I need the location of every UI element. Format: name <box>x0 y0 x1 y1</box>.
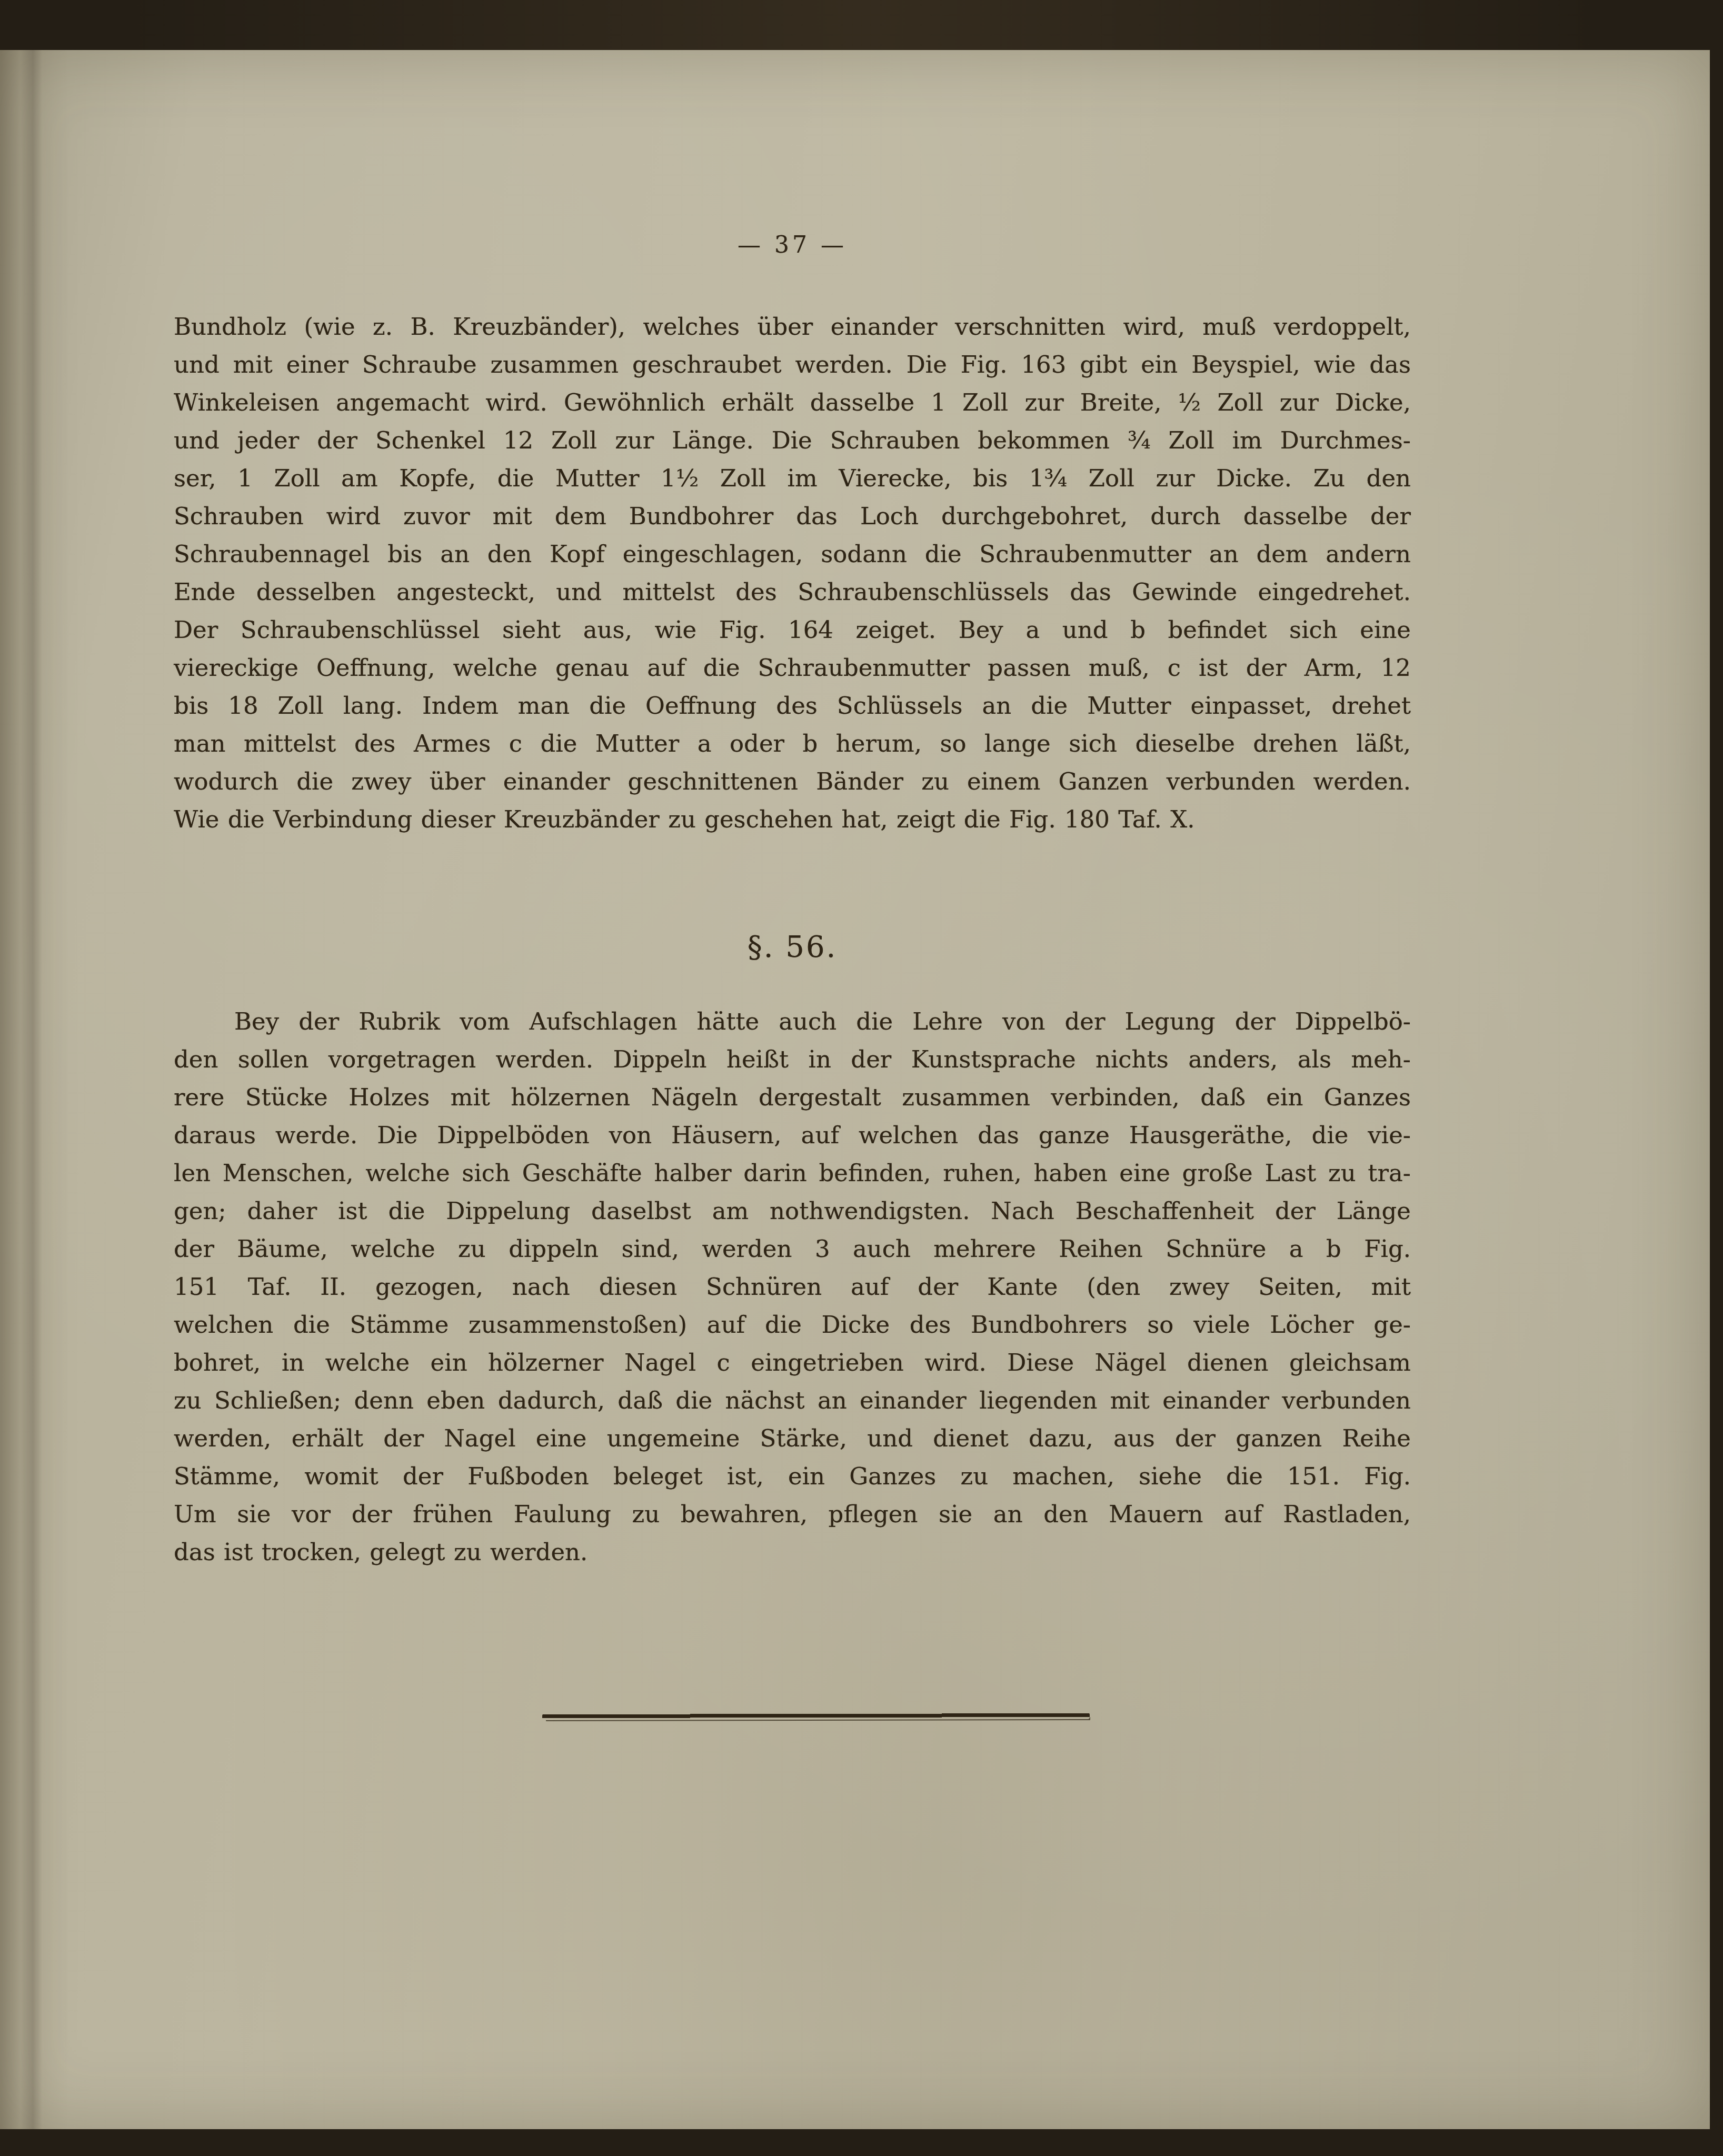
text-line: Um sie vor der frühen Faulung zu bewahre… <box>174 1495 1411 1533</box>
text-line: gen; daher ist die Dippelung daselbst am… <box>174 1192 1411 1230</box>
text-line: und mit einer Schraube zusammen geschrau… <box>174 346 1411 384</box>
text-line: wodurch die zwey über einander geschnitt… <box>174 763 1411 801</box>
text-line: rere Stücke Holzes mit hölzernen Nägeln … <box>174 1079 1411 1116</box>
text-line: Der Schraubenschlüssel sieht aus, wie Fi… <box>174 611 1411 649</box>
text-line: Schraubennagel bis an den Kopf eingeschl… <box>174 535 1411 573</box>
text-line: len Menschen, welche sich Geschäfte halb… <box>174 1154 1411 1192</box>
page-number: — 37 — <box>174 232 1411 263</box>
text-line: das ist trocken, gelegt zu werden. <box>174 1533 1411 1571</box>
paragraph-1: Bundholz (wie z. B. Kreuzbänder), welche… <box>174 308 1411 839</box>
paragraph-2: Bey der Rubrik vom Aufschlagen hätte auc… <box>174 1003 1411 1571</box>
text-line: der Bäume, welche zu dippeln sind, werde… <box>174 1230 1411 1268</box>
text-line: werden, erhält der Nagel eine ungemeine … <box>174 1420 1411 1458</box>
text-line: 151 Taf. II. gezogen, nach diesen Schnür… <box>174 1268 1411 1306</box>
text-line: Stämme, womit der Fußboden beleget ist, … <box>174 1458 1411 1495</box>
section-heading: §. 56. <box>174 930 1411 972</box>
text-line: welchen die Stämme zusammenstoßen) auf d… <box>174 1306 1411 1344</box>
binding-gutter-shadow <box>0 50 68 2129</box>
text-line: bohret, in welche ein hölzerner Nagel c … <box>174 1344 1411 1382</box>
text-line: ser, 1 Zoll am Kopfe, die Mutter 1½ Zoll… <box>174 460 1411 497</box>
text-line: man mittelst des Armes c die Mutter a od… <box>174 725 1411 763</box>
text-line: Bundholz (wie z. B. Kreuzbänder), welche… <box>174 308 1411 346</box>
text-line: Schrauben wird zuvor mit dem Bundbohrer … <box>174 497 1411 535</box>
scan-dark-frame: — 37 — Bundholz (wie z. B. Kreuzbänder),… <box>0 0 1723 2156</box>
text-line: zu Schließen; denn eben dadurch, daß die… <box>174 1382 1411 1420</box>
text-line: daraus werde. Die Dippelböden von Häuser… <box>174 1116 1411 1154</box>
text-line: bis 18 Zoll lang. Indem man die Oeffnung… <box>174 687 1411 725</box>
text-line: Bey der Rubrik vom Aufschlagen hätte auc… <box>174 1003 1411 1041</box>
text-line: und jeder der Schenkel 12 Zoll zur Länge… <box>174 422 1411 460</box>
book-page: — 37 — Bundholz (wie z. B. Kreuzbänder),… <box>0 50 1710 2129</box>
text-line: Ende desselben angesteckt, und mittelst … <box>174 573 1411 611</box>
text-line: Wie die Verbindung dieser Kreuzbänder zu… <box>174 801 1411 839</box>
text-line: den sollen vorgetragen werden. Dippeln h… <box>174 1041 1411 1079</box>
text-line: viereckige Oeffnung, welche genau auf di… <box>174 649 1411 687</box>
end-divider-rule <box>542 1713 1090 1720</box>
text-line: Winkeleisen angemacht wird. Gewöhnlich e… <box>174 384 1411 422</box>
